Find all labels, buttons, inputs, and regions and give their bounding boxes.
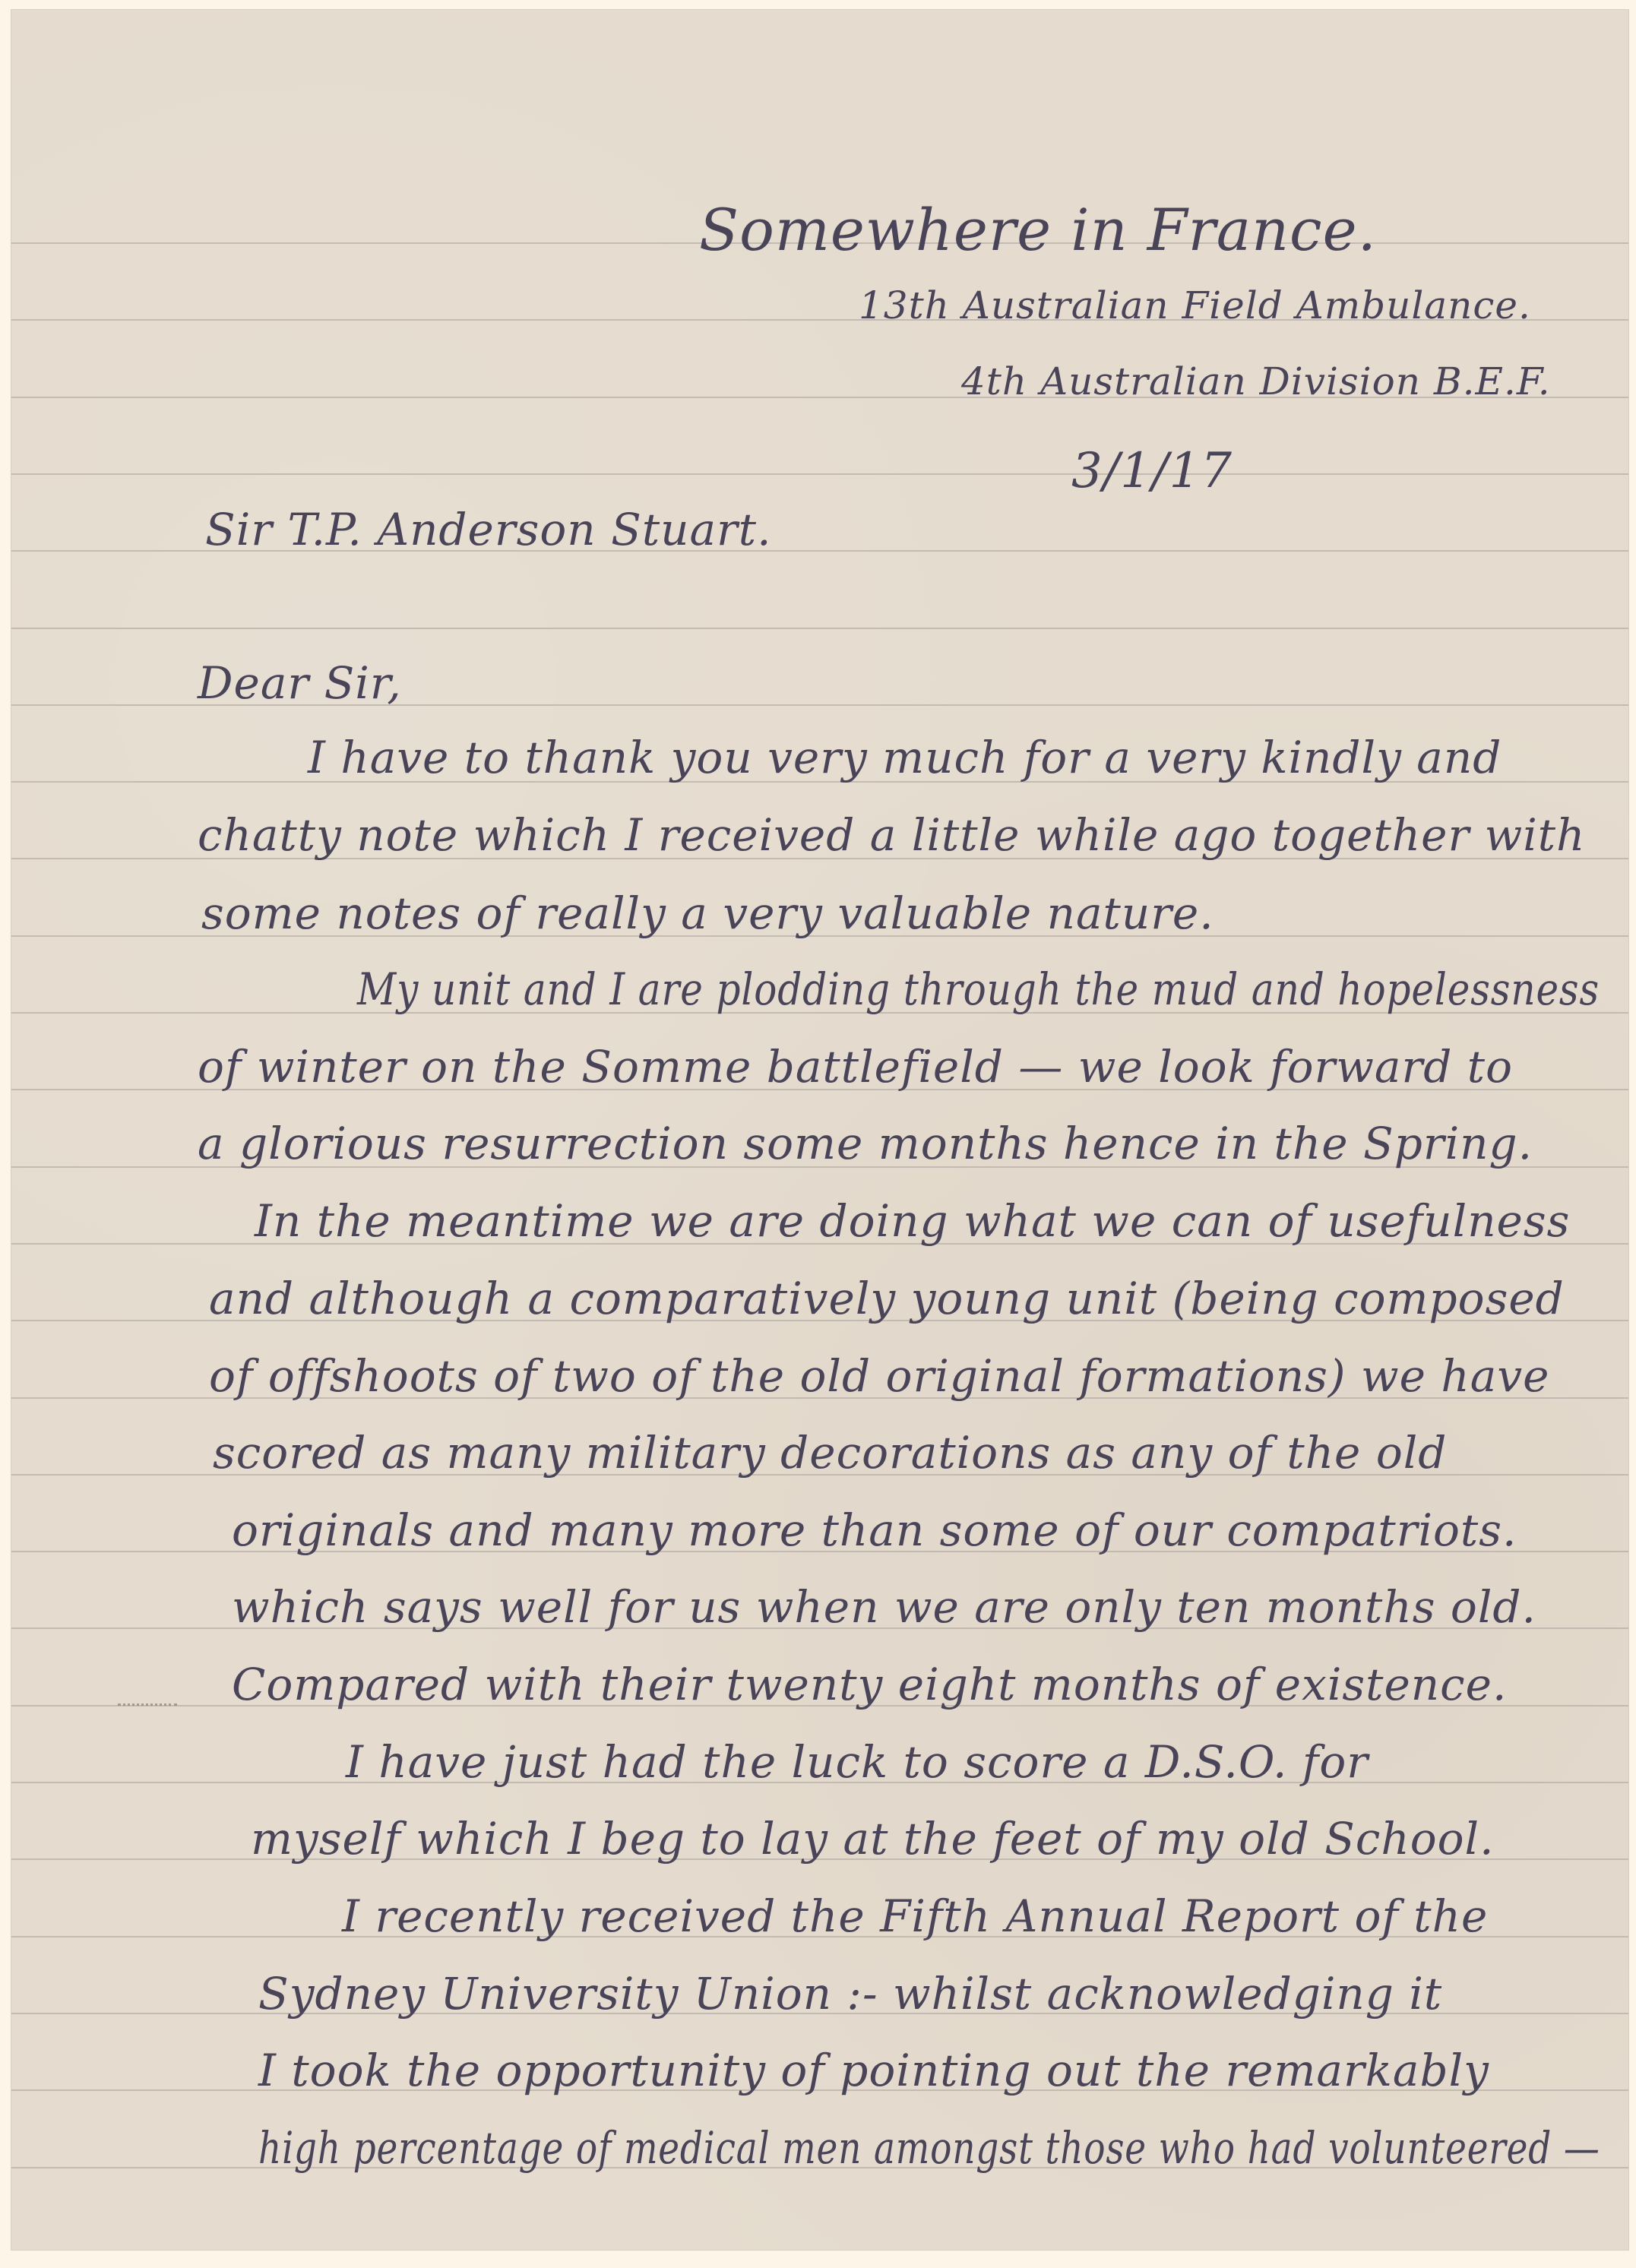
body-line: myself which I beg to lay at the feet of… (251, 1813, 1495, 1865)
body-line: Compared with their twenty eight months … (232, 1659, 1507, 1710)
body-line: scored as many military decorations as a… (213, 1427, 1447, 1479)
body-line: of offshoots of two of the old original … (209, 1350, 1549, 1402)
body-line: Sydney University Union :- whilst acknow… (258, 1968, 1442, 2020)
ruled-line (11, 628, 1628, 629)
body-line: a glorious resurrection some months henc… (198, 1118, 1533, 1169)
body-line: chatty note which I received a little wh… (198, 809, 1585, 861)
division-line: 4th Australian Division B.E.F. (961, 359, 1551, 403)
unit-line: 13th Australian Field Ambulance. (859, 283, 1531, 327)
body-line: My unit and I are plodding through the m… (357, 963, 1600, 1015)
body-line: which says well for us when we are only … (232, 1581, 1536, 1633)
body-line: I recently received the Fifth Annual Rep… (342, 1890, 1488, 1942)
ruled-line (11, 473, 1628, 475)
body-line: some notes of really a very valuable nat… (201, 887, 1214, 939)
letter-page: Somewhere in France. 13th Australian Fie… (11, 10, 1628, 2250)
recipient-line: Sir T.P. Anderson Stuart. (205, 504, 772, 555)
body-line: of winter on the Somme battlefield — we … (198, 1041, 1513, 1093)
place-heading: Somewhere in France. (699, 196, 1377, 264)
body-line: and although a comparatively young unit … (209, 1273, 1565, 1324)
body-line: In the meantime we are doing what we can… (255, 1195, 1570, 1247)
letter-date: 3/1/17 (1071, 443, 1233, 499)
salutation: Dear Sir, (198, 657, 402, 709)
body-line: I took the opportunity of pointing out t… (258, 2045, 1489, 2096)
body-line: originals and many more than some of our… (232, 1504, 1517, 1556)
body-line: I have to thank you very much for a very… (308, 732, 1502, 783)
body-line: I have just had the luck to score a D.S.… (346, 1736, 1369, 1788)
body-line: high percentage of medical men amongst t… (258, 2122, 1600, 2174)
margin-pencil-mark (118, 1703, 177, 1708)
